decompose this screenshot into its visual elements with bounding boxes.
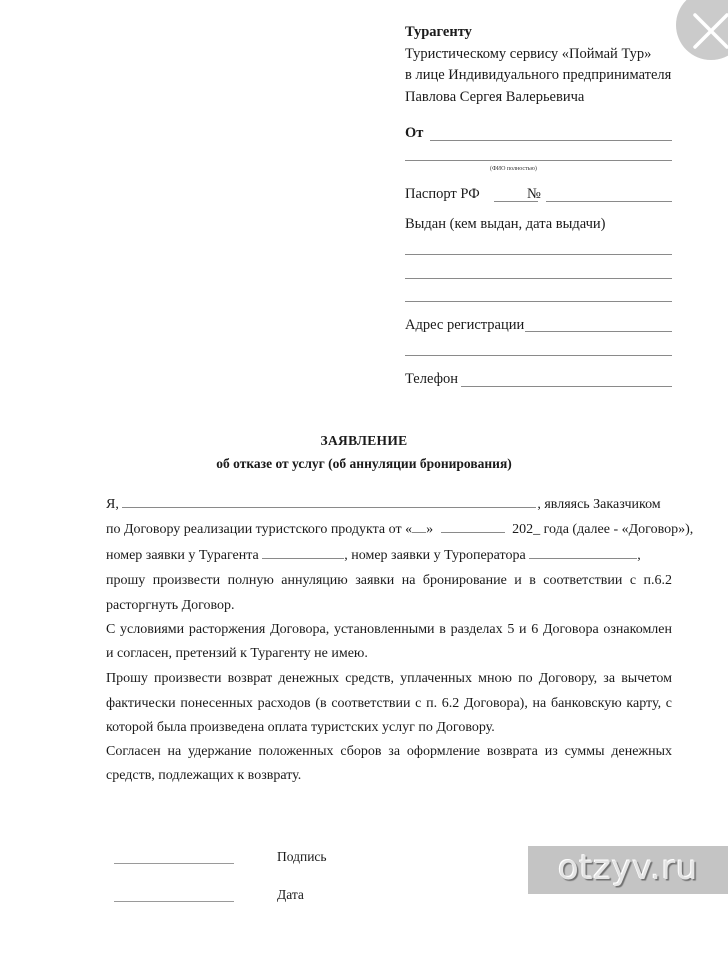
issued-line-3[interactable] bbox=[405, 301, 672, 302]
from-field-line[interactable] bbox=[430, 140, 672, 141]
fio-hint: (ФИО полностью) bbox=[490, 166, 537, 172]
body-line-1: Я, , являясь Заказчиком bbox=[106, 495, 672, 514]
body-text: » bbox=[426, 522, 433, 537]
from-field-line-2[interactable] bbox=[405, 160, 672, 161]
body-text: Я, bbox=[106, 497, 119, 512]
addressee-title: Турагенту bbox=[405, 22, 671, 44]
address-line-2[interactable] bbox=[405, 355, 672, 356]
paragraph-1-line-1: прошу произвести полную аннуляцию заявки… bbox=[106, 572, 672, 590]
body-text: номер заявки у Турагента bbox=[106, 548, 259, 563]
paragraph-3-line-3: которой была произведена оплата туристск… bbox=[106, 719, 672, 737]
name-blank[interactable] bbox=[122, 495, 536, 508]
addressee-line: в лице Индивидуального предпринимателя bbox=[405, 65, 671, 87]
watermark: otzyv.ru bbox=[528, 846, 728, 894]
date-line[interactable] bbox=[114, 901, 234, 902]
signature-label: Подпись bbox=[277, 849, 327, 865]
body-line-3: номер заявки у Турагента , номер заявки … bbox=[106, 546, 672, 565]
paragraph-3-line-1: Прошу произвести возврат денежных средст… bbox=[106, 670, 672, 688]
paragraph-1-line-2: расторгнуть Договор. bbox=[106, 597, 672, 615]
issued-label: Выдан (кем выдан, дата выдачи) bbox=[405, 216, 606, 233]
body-text: , bbox=[637, 548, 641, 563]
addressee-block: Турагенту Туристическому сервису «Поймай… bbox=[405, 22, 671, 108]
paragraph-4-line-1: Согласен на удержание положенных сборов … bbox=[106, 743, 672, 761]
document-title: ЗАЯВЛЕНИЕ bbox=[0, 433, 728, 449]
body-text: , номер заявки у Туроператора bbox=[344, 548, 525, 563]
document-subtitle: об отказе от услуг (об аннуляции брониро… bbox=[0, 456, 728, 472]
watermark-text: otzyv.ru bbox=[558, 848, 698, 888]
address-line-1[interactable] bbox=[525, 331, 672, 332]
issued-line-1[interactable] bbox=[405, 254, 672, 255]
body-text: , являясь Заказчиком bbox=[537, 497, 660, 512]
body-text: по Договору реализации туристского проду… bbox=[106, 522, 412, 537]
signature-line[interactable] bbox=[114, 863, 234, 864]
body-text: 202_ года (далее - «Договор»), bbox=[512, 522, 693, 537]
phone-label: Телефон bbox=[405, 371, 458, 388]
close-icon bbox=[692, 12, 728, 50]
phone-line[interactable] bbox=[461, 386, 672, 387]
month-blank[interactable] bbox=[441, 520, 505, 533]
day-blank[interactable] bbox=[412, 520, 426, 533]
issued-line-2[interactable] bbox=[405, 278, 672, 279]
body-line-2: по Договору реализации туристского проду… bbox=[106, 520, 672, 539]
addressee-line: Павлова Сергея Валерьевича bbox=[405, 87, 671, 109]
addressee-line: Туристическому сервису «Поймай Тур» bbox=[405, 44, 671, 66]
paragraph-3-line-2: фактически понесенных расходов (в соотве… bbox=[106, 695, 672, 713]
address-label: Адрес регистрации bbox=[405, 317, 524, 334]
date-label: Дата bbox=[277, 887, 304, 903]
paragraph-2-line-1: С условиями расторжения Договора, устано… bbox=[106, 621, 672, 639]
operator-request-number-blank[interactable] bbox=[529, 546, 637, 559]
passport-number-label: № bbox=[527, 186, 541, 203]
from-label: От bbox=[405, 125, 423, 142]
paragraph-4-line-2: средств, подлежащих к возврату. bbox=[106, 767, 672, 785]
agent-request-number-blank[interactable] bbox=[262, 546, 344, 559]
passport-number-line[interactable] bbox=[546, 201, 672, 202]
close-button[interactable] bbox=[676, 0, 728, 60]
paragraph-2-line-2: и согласен, претензий к Турагенту не име… bbox=[106, 645, 672, 663]
passport-label: Паспорт РФ bbox=[405, 186, 480, 203]
